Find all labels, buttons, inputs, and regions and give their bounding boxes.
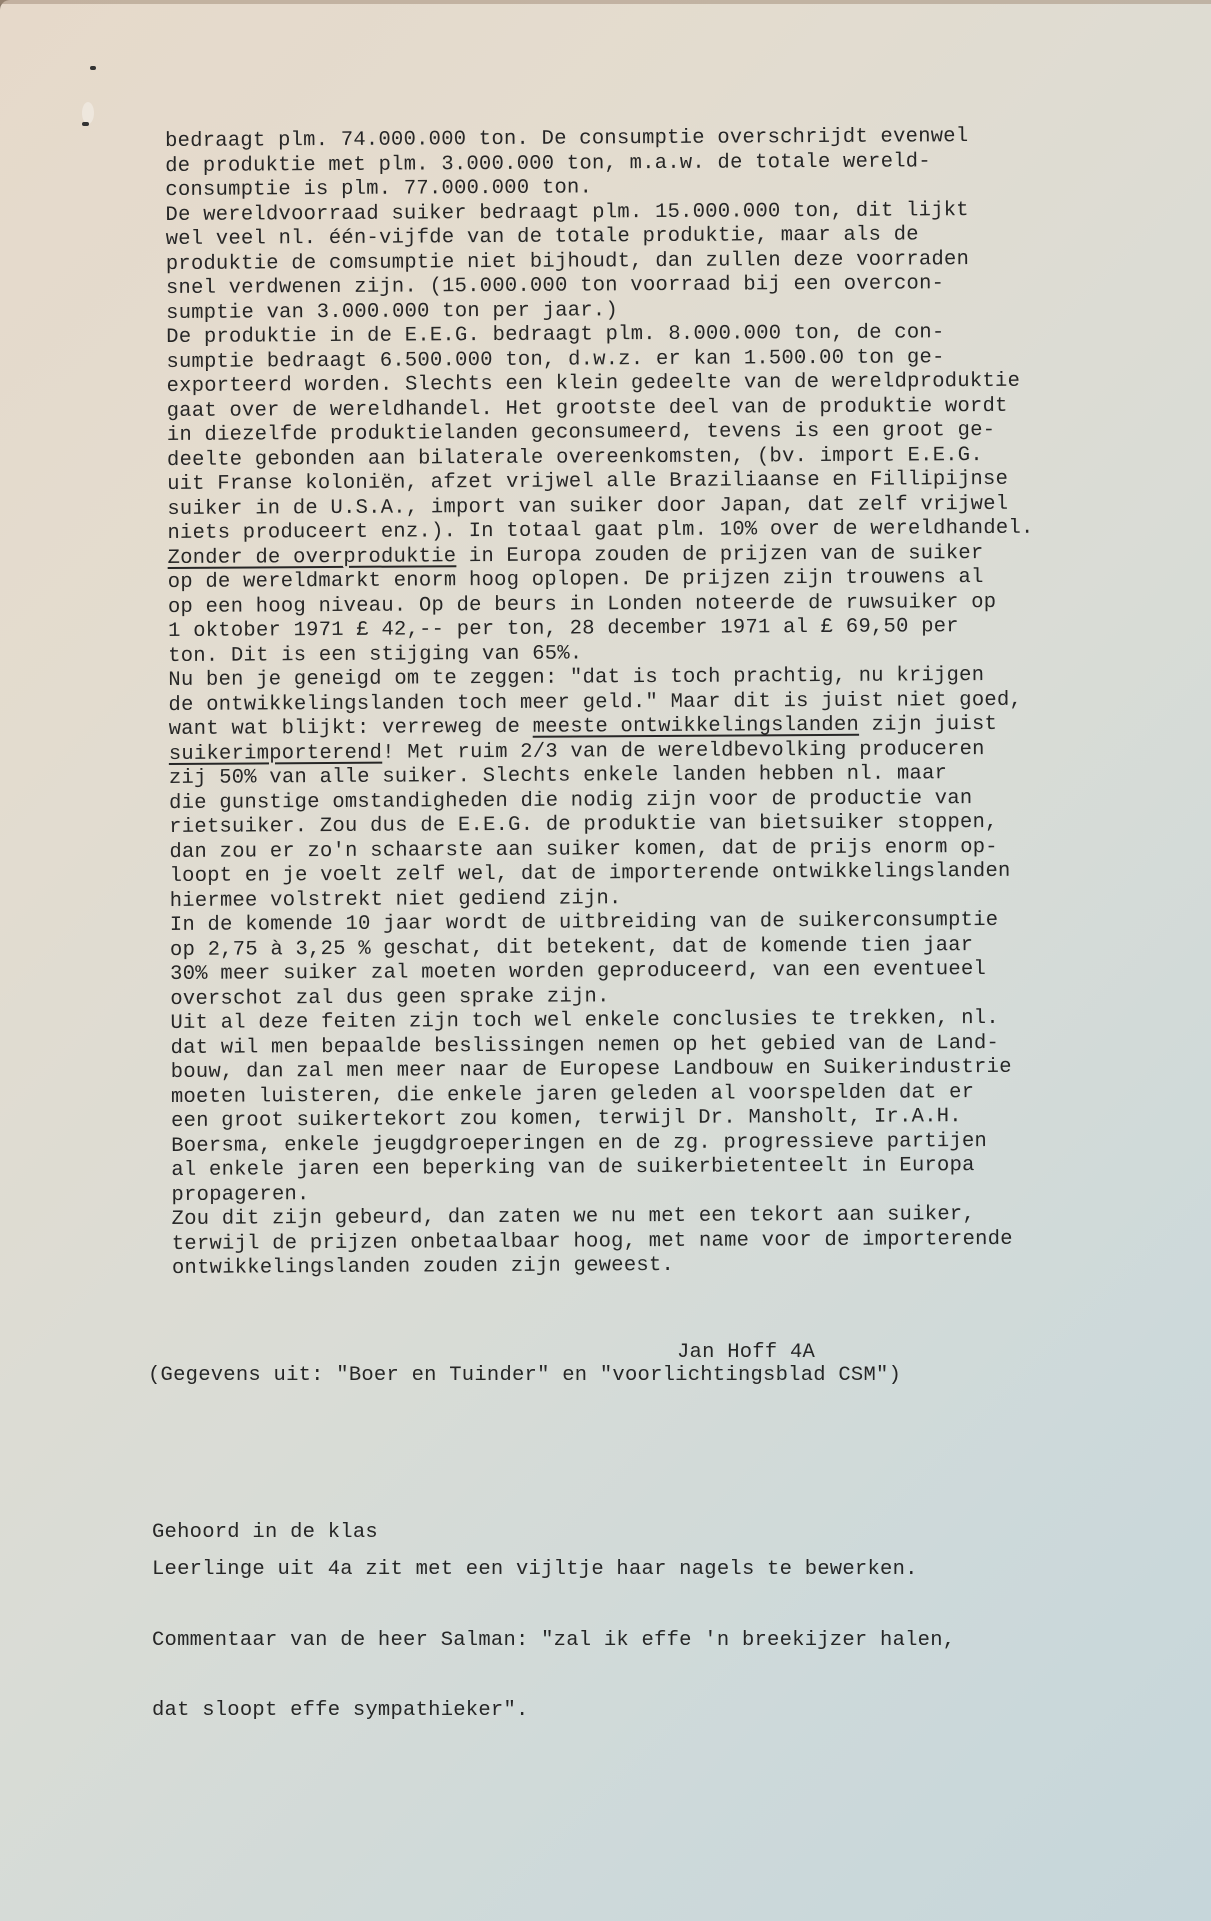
text-run: ton. Dit is een stijging van 65%. [168, 642, 582, 668]
text-run: snel verdwenen zijn. (15.000.000 ton voo… [166, 272, 944, 300]
text-run: op 2,75 à 3,25 % geschat, dit betekent, … [170, 934, 973, 962]
text-run: gaat over de wereldhandel. Het grootste … [167, 394, 1008, 422]
text-run: loopt en je voelt zelf wel, dat de impor… [169, 860, 1010, 888]
text-run: in diezelfde produktielanden geconsumeer… [167, 419, 996, 447]
aside-line: dat sloopt effe sympathieker". [152, 1699, 955, 1724]
text-run: Nu ben je geneigd om te zeggen: "dat is … [168, 664, 984, 692]
text-run: In de komende 10 jaar wordt de uitbreidi… [170, 909, 999, 937]
text-run: moeten luisteren, die enkele jaren geled… [171, 1081, 974, 1109]
text-run: al enkele jaren een beperking van de sui… [171, 1154, 974, 1182]
aside-line: Commentaar van de heer Salman: "zal ik e… [152, 1629, 955, 1654]
text-run: niets produceert enz.). In totaal gaat p… [167, 517, 1033, 545]
text-run: De produktie in de E.E.G. bedraagt plm. … [166, 321, 944, 349]
text-run: bedraagt plm. 74.000.000 ton. De consump… [165, 125, 968, 153]
aside-line: Leerlinge uit 4a zit met een vijltje haa… [152, 1558, 955, 1583]
text-run: want wat blijkt: verreweg de [169, 716, 533, 741]
text-run: op de wereldmarkt enorm hoog oplopen. De… [168, 566, 984, 594]
text-run: wel veel nl. één-vijfde van de totale pr… [166, 223, 919, 251]
text-run: 1 oktober 1971 £ 42,-- per ton, 28 decem… [168, 615, 959, 643]
text-run: rietsuiker. Zou dus de E.E.G. de produkt… [169, 811, 998, 839]
text-run: zijn juist [859, 713, 997, 737]
text-run: consumptie is plm. 77.000.000 ton. [165, 176, 592, 202]
text-run: uit Franse koloniën, afzet vrijwel alle … [167, 468, 1008, 496]
text-run: Uit al deze feiten zijn toch wel enkele … [170, 1007, 999, 1035]
text-run: overschot zal dus geen sprake zijn. [170, 985, 609, 1011]
staple-mark-icon [82, 66, 96, 132]
text-run: in Europa zouden de prijzen van de suike… [456, 542, 983, 568]
source-note: (Gegevens uit: "Boer en Tuinder" en "voo… [148, 1318, 901, 1435]
text-run: De wereldvoorraad suiker bedraagt plm. 1… [165, 199, 968, 227]
text-run: dat wil men bepaalde beslissingen nemen … [171, 1031, 1000, 1059]
text-run: Zou dit zijn gebeurd, dan zaten we nu me… [172, 1203, 975, 1231]
text-run: dan zou er zo'n schaarste aan suiker kom… [169, 835, 998, 863]
aside-body: Leerlinge uit 4a zit met een vijltje haa… [152, 1512, 955, 1770]
text-run: deelte gebonden aan bilaterale overeenko… [167, 444, 983, 472]
text-run: bouw, dan zal men meer naar de Europese … [171, 1056, 1012, 1084]
text-run: produktie de comsumptie niet bijhoudt, d… [166, 248, 969, 276]
text-run: sumptie bedraagt 6.500.000 ton, d.w.z. e… [166, 346, 944, 374]
text-run: exporteerd worden. Slechts een klein ged… [166, 370, 1020, 398]
underlined-phrase: suikerimporterend [169, 741, 383, 765]
underlined-phrase: Zonder de overproduktie [168, 545, 457, 570]
article-body: bedraagt plm. 74.000.000 ton. De consump… [165, 125, 1038, 1282]
text-run: ontwikkelingslanden zouden zijn geweest. [172, 1254, 674, 1280]
text-run: terwijl de prijzen onbetaalbaar hoog, me… [172, 1227, 1013, 1255]
text-run: ! Met ruim 2/3 van de wereldbevolking pr… [382, 738, 985, 765]
text-run: de produktie met plm. 3.000.000 ton, m.a… [165, 150, 931, 178]
text-run: 30% meer suiker zal moeten worden geprod… [170, 958, 986, 986]
text-run: propageren. [171, 1183, 309, 1207]
typewritten-page: bedraagt plm. 74.000.000 ton. De consump… [0, 0, 1211, 1921]
underlined-phrase: meeste ontwikkelingslanden [533, 714, 859, 739]
article-line: ontwikkelingslanden zouden zijn geweest. [172, 1252, 1038, 1282]
text-run: op een hoog niveau. Op de beurs in Londe… [168, 590, 997, 618]
text-run: de ontwikkelingslanden toch meer geld." … [168, 688, 1022, 716]
text-run: Boersma, enkele jeugdgroeperingen en de … [171, 1129, 987, 1157]
text-run: suiker in de U.S.A., import van suiker d… [167, 492, 1008, 520]
text-run: hiermee volstrekt niet gediend zijn. [170, 887, 622, 913]
text-run: sumptie van 3.000.000 ton per jaar.) [166, 299, 618, 325]
text-run: een groot suikertekort zou komen, terwij… [171, 1105, 962, 1133]
text-run: zij 50% van alle suiker. Slechts enkele … [169, 762, 947, 790]
text-run: die gunstige omstandigheden die nodig zi… [169, 787, 972, 815]
